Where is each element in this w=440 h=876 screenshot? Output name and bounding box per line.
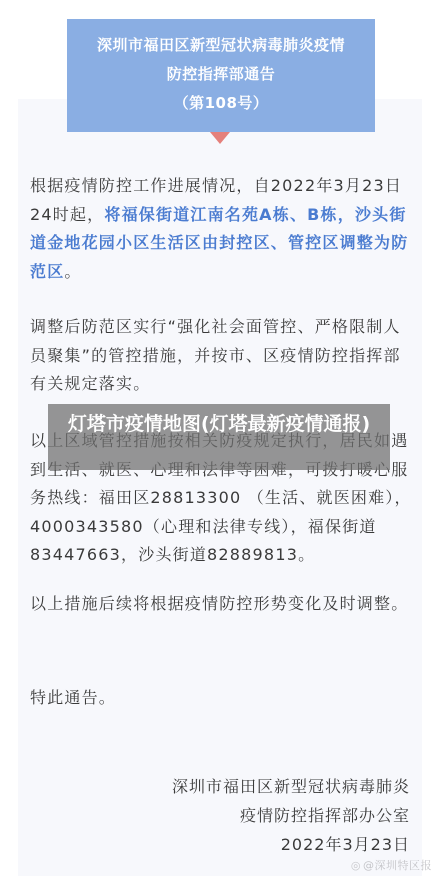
signature-org-line1: 深圳市福田区新型冠状病毒肺炎 bbox=[172, 772, 410, 801]
paragraph-1: 根据疫情防控工作进展情况，自2022年3月23日24时起，将福保街道江南名苑A栋… bbox=[30, 172, 414, 286]
signature-block: 深圳市福田区新型冠状病毒肺炎 疫情防控指挥部办公室 2022年3月23日 bbox=[172, 772, 410, 859]
header-pointer-triangle bbox=[210, 132, 230, 144]
signature-org-line2: 疫情防控指挥部办公室 bbox=[172, 801, 410, 830]
paragraph-4: 以上措施后续将根据疫情防控形势变化及时调整。 bbox=[30, 590, 414, 619]
paragraph-2: 调整后防范区实行“强化社会面管控、严格限制人员聚集”的管控措施，并按市、区疫情防… bbox=[30, 313, 414, 399]
weibo-icon: ◎ bbox=[351, 859, 361, 872]
header-title-line1: 深圳市福田区新型冠状病毒肺炎疫情 bbox=[67, 31, 375, 60]
notice-header: 深圳市福田区新型冠状病毒肺炎疫情 防控指挥部通告 （第108号） bbox=[67, 19, 375, 132]
signature-date: 2022年3月23日 bbox=[172, 830, 410, 859]
overlay-title-banner: 灯塔市疫情地图(灯塔最新疫情通报) bbox=[48, 404, 390, 470]
watermark: ◎@深圳特区报 bbox=[351, 857, 432, 873]
paragraph-1-end: 。 bbox=[64, 262, 81, 281]
header-number: （第108号） bbox=[67, 89, 375, 118]
paragraph-5: 特此通告。 bbox=[30, 684, 414, 713]
watermark-text: @深圳特区报 bbox=[363, 859, 432, 872]
header-title-line2: 防控指挥部通告 bbox=[67, 60, 375, 89]
